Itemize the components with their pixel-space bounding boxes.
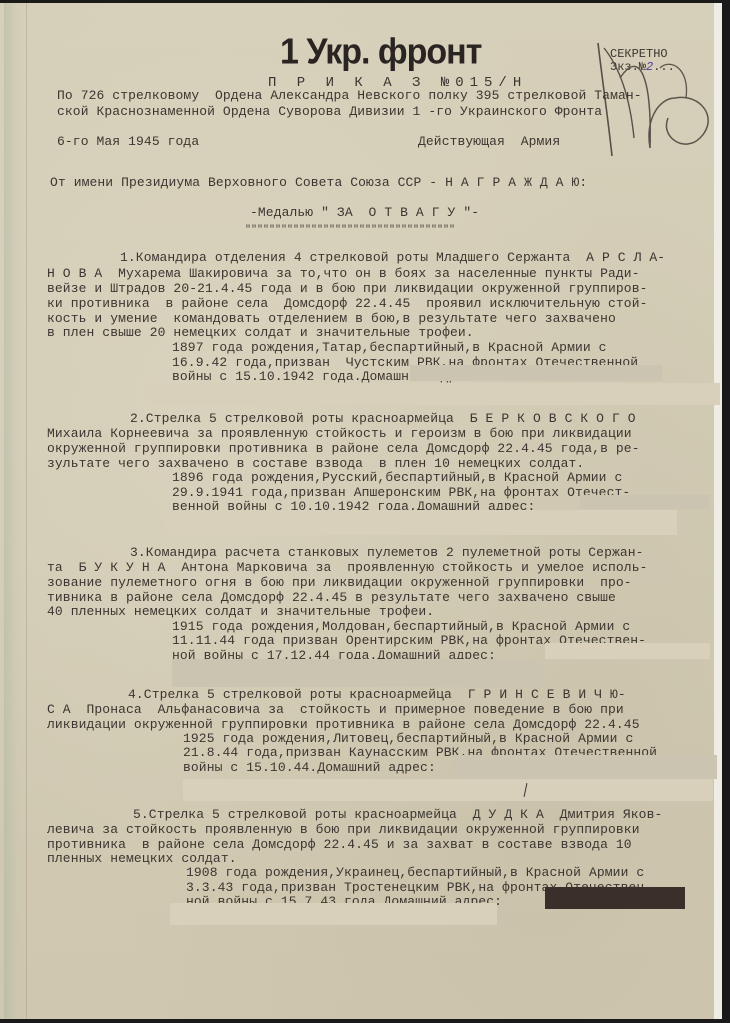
citation-line: вейзе и Штрадов 20-21.4.45 года и в бою … <box>47 281 648 296</box>
citation-line: 4.Стрелка 5 стрелковой роты красноармейц… <box>128 687 626 702</box>
address-redaction <box>183 779 713 801</box>
citation-line: 1.Командира отделения 4 стрелковой роты … <box>120 250 665 265</box>
margin-line <box>26 3 27 1019</box>
citation-line: кость и умение командовать отделением в … <box>47 311 616 326</box>
address-redaction <box>410 365 662 381</box>
citation-line: 5.Стрелка 5 стрелковой роты красноармейц… <box>133 807 662 822</box>
bio-line: 1896 года рождения,Русский,беспартийный,… <box>172 470 622 485</box>
address-redaction <box>165 510 677 535</box>
binding-strip <box>4 3 26 1019</box>
citation-line: ки противника в районе села Домсдорф 22.… <box>47 296 648 311</box>
bio-line: войны с 15.10.44.Домашний адрес: <box>183 760 436 775</box>
medal-name: -Медалью " ЗА О Т В А Г У "- <box>250 205 479 220</box>
citation-line: тивника в районе села Домсдорф 22.4.45 в… <box>47 590 616 605</box>
secrecy-stamp: СЕКРЕТНО Экз.№2... <box>610 48 675 74</box>
citation-line: Михаила Корнеевича за проявленную стойко… <box>47 426 632 441</box>
unit-line-1: По 726 стрелковому Ордена Александра Нев… <box>57 88 642 103</box>
scanned-document-page: 1 Укр. фронт СЕКРЕТНО Экз.№2... П Р И К … <box>0 3 722 1019</box>
citation-line: 3.Командира расчета станковых пулеметов … <box>130 545 644 560</box>
citation-line: пленных немецких солдат. <box>47 851 237 866</box>
citation-line: противника в районе села Домсдорф 22.4.4… <box>47 837 632 852</box>
citation-line: левича за стойкость проявленную в бою пр… <box>47 822 640 837</box>
citation-line: 2.Стрелка 5 стрелковой роты красноармейц… <box>130 411 636 426</box>
address-redaction <box>172 659 542 687</box>
address-redaction <box>545 643 710 659</box>
citation-line: в плен свыше 20 немецких солдат и значит… <box>47 325 474 340</box>
bio-line: 29.9.1941 года,призван Апшеронским РВК,н… <box>172 485 630 500</box>
medal-underline: """"""""""""""""""""""""""""""""""" <box>245 225 455 236</box>
bio-line: 1925 года рождения,Литовец,беспартийный,… <box>183 731 633 746</box>
address-redaction <box>146 383 720 405</box>
citation-line: зование пулеметного огня в бою при ликви… <box>47 575 632 590</box>
copy-number-line: Экз.№2... <box>610 61 675 74</box>
bio-line: 1897 года рождения,Татар,беспартийный,в … <box>172 340 607 355</box>
preamble: От имени Президиума Верховного Совета Со… <box>50 175 587 190</box>
address-redaction <box>170 903 497 925</box>
citation-line: С А Пронаса Альфанасовича за стойкость и… <box>47 702 624 717</box>
citation-line: зультате чего захвачено в составе взвода… <box>47 456 584 471</box>
citation-line: ликвидации окруженной группировки против… <box>47 717 640 732</box>
citation-line: 40 пленных немецких солдат и значительны… <box>47 604 434 619</box>
bio-line: 1915 года рождения,Молдован,беспартийный… <box>172 619 630 634</box>
bio-line: 1908 года рождения,Украинец,беспартийный… <box>186 865 644 880</box>
citation-line: окруженной группировки противника в райо… <box>47 441 640 456</box>
address-redaction <box>580 495 710 509</box>
order-location: Действующая Армия <box>418 134 560 149</box>
order-date: 6-го Мая 1945 года <box>57 134 199 149</box>
page-edge <box>714 3 722 1019</box>
citation-line: та Б У К У Н А Антона Марковича за прояв… <box>47 560 648 575</box>
citation-line: Н О В А Мухарема Шакировича за то,что он… <box>47 266 640 281</box>
unit-line-2: ской Краснознаменной Ордена Суворова Див… <box>57 104 602 119</box>
document-title: 1 Укр. фронт <box>280 32 481 73</box>
address-redaction <box>545 887 685 909</box>
address-redaction <box>452 755 717 779</box>
